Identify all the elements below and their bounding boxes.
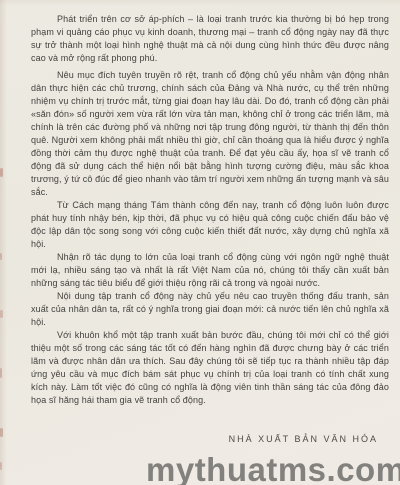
scan-artifact (0, 428, 3, 437)
watermark-text: mythuatms.com (146, 451, 400, 485)
scan-artifact (0, 168, 3, 177)
paragraph: Phát triển trên cơ sở áp-phích – là loại… (31, 13, 389, 65)
scan-edge-shadow-left (0, 0, 7, 485)
publisher-imprint: NHÀ XUẤT BẢN VĂN HÓA (229, 434, 378, 444)
paragraph: Nhận rõ tác dụng to lớn của loại tranh c… (31, 251, 389, 290)
paragraph: Với khuôn khổ một tập tranh xuất bản bướ… (31, 329, 389, 407)
scan-artifact (0, 310, 3, 318)
scan-artifact (0, 253, 2, 260)
scan-edge-shadow-top (0, 0, 400, 6)
paragraph: Nội dung tập tranh cổ động này chủ yếu n… (31, 290, 389, 329)
page-text-block: Phát triển trên cơ sở áp-phích – là loại… (31, 13, 389, 407)
scan-artifact (0, 368, 2, 378)
paragraph: Từ Cách mạng tháng Tám thành công đến na… (31, 199, 389, 251)
scan-artifact (0, 462, 2, 470)
scanned-book-page: Phát triển trên cơ sở áp-phích – là loại… (0, 0, 400, 485)
paragraph: Nêu mục đích tuyên truyền rõ rệt, tranh … (31, 69, 389, 199)
